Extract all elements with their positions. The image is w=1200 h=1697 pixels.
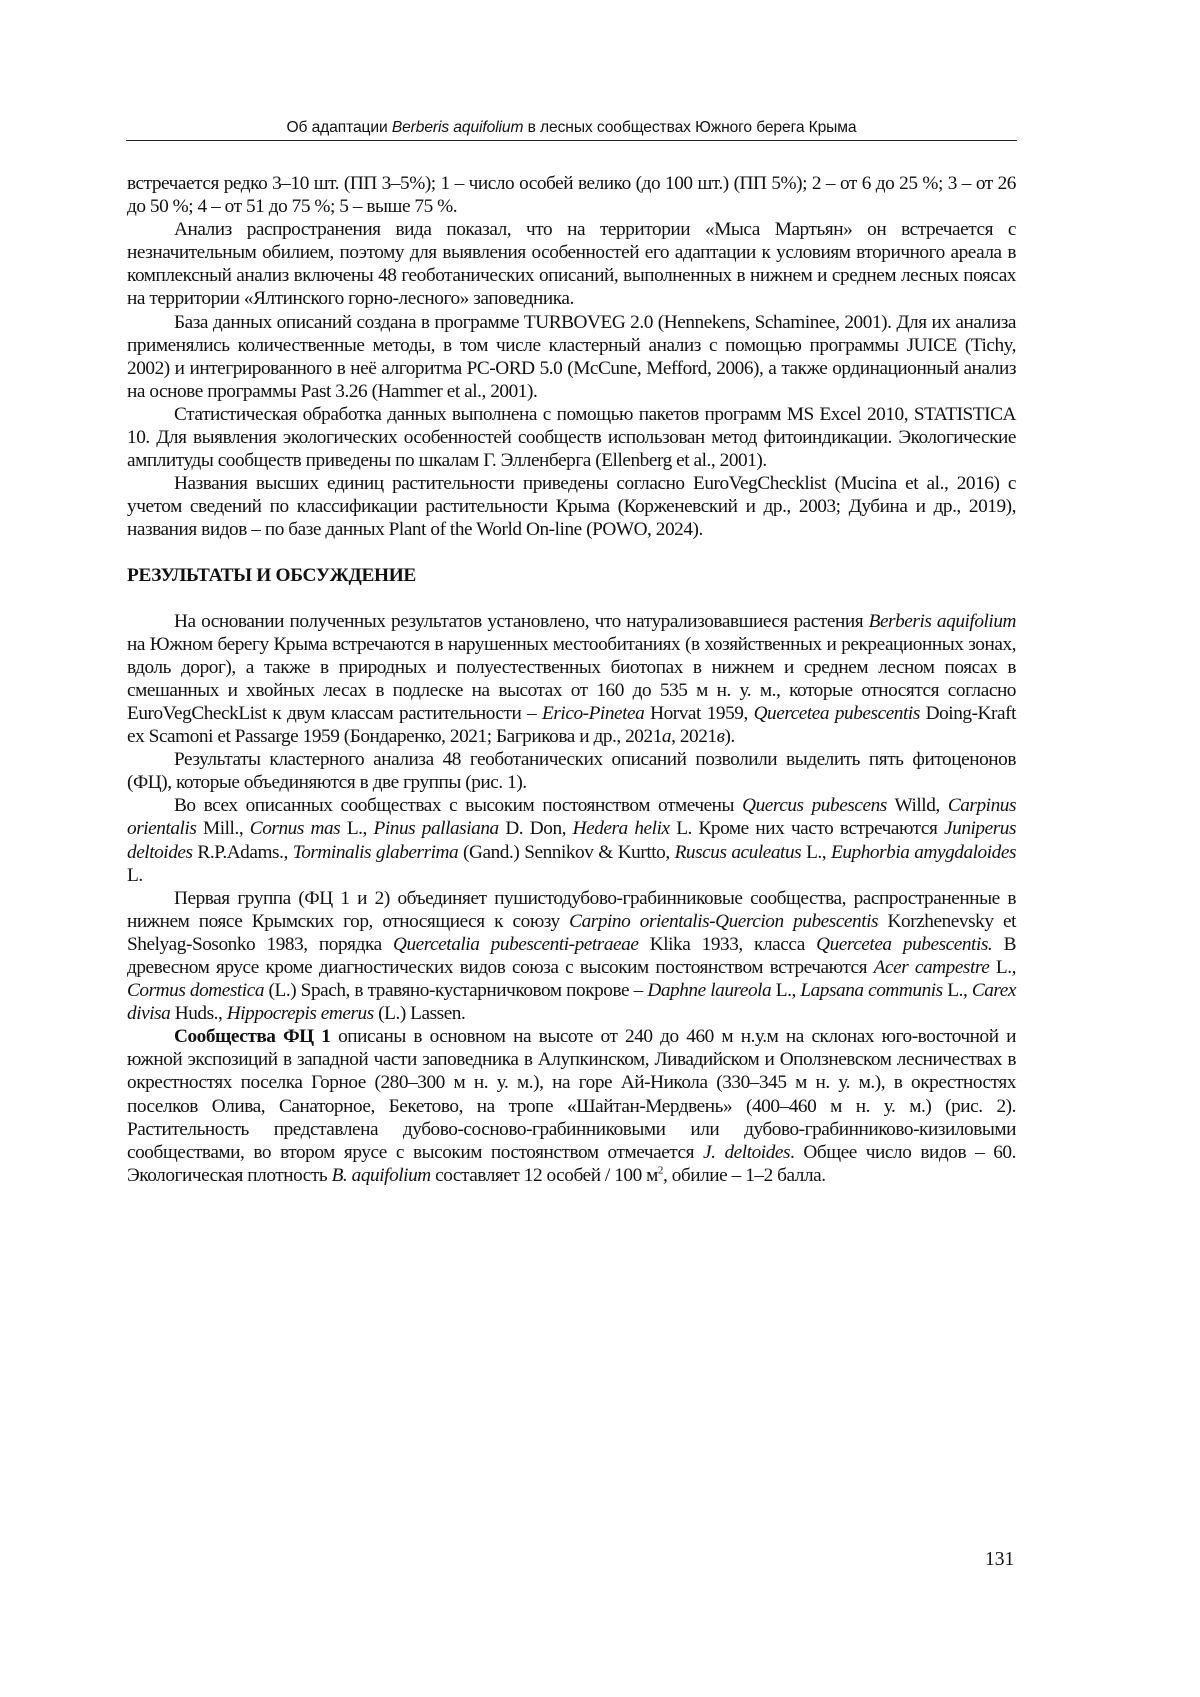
text-run: Horvat 1959, [644, 703, 753, 724]
text-run: (L.) Lassen. [374, 1003, 466, 1024]
text-run: L., [771, 980, 800, 1001]
text-run: R.P.Adams., [193, 842, 293, 863]
italic-taxon-run: Quercetea pubescentis. [816, 934, 992, 955]
italic-taxon-run: Pinus pallasiana [374, 818, 499, 839]
italic-taxon-run: Berberis aquifolium [869, 611, 1016, 632]
italic-taxon-run: Hippocrepis emerus [227, 1003, 374, 1024]
text-run: ). [725, 726, 735, 747]
section-heading-results: РЕЗУЛЬТАТЫ И ОБСУЖДЕНИЕ [127, 564, 1016, 587]
text-run: L., [801, 842, 831, 863]
paragraph-range-analysis: Анализ распространения вида показал, что… [127, 218, 1016, 310]
italic-taxon-run: Erico-Pinetea [542, 703, 644, 724]
text-run: (Gand.) Sennikov & Kurtto, [458, 842, 674, 863]
italic-taxon-run: J. deltoides [703, 1142, 790, 1163]
italic-taxon-run: Lapsana communis [800, 980, 942, 1001]
running-header: Об адаптации Berberis aquifolium в лесны… [126, 117, 1017, 141]
paragraph-results-clusters: Результаты кластерного анализа 48 геобот… [127, 748, 1016, 794]
text-run: Названия высших единиц растительности пр… [127, 473, 1016, 540]
italic-taxon-run: Torminalis glaberrima [293, 842, 459, 863]
text-run: Статистическая обработка данных выполнен… [127, 404, 1016, 471]
page-number: 131 [985, 1549, 1014, 1571]
text-run: На основании полученных результатов уста… [174, 611, 869, 632]
italic-taxon-run: в [717, 726, 725, 747]
text-run: Во всех описанных сообществах с высоким … [174, 795, 742, 816]
text-run: Willd, [887, 795, 948, 816]
italic-taxon-run: Acer campestre [874, 957, 990, 978]
paragraph-statistics: Статистическая обработка данных выполнен… [127, 403, 1016, 472]
text-run: (L.) Spach, в травяно-кустарничковом пок… [264, 980, 647, 1001]
paragraph-results-phytocenon-1: Сообщества ФЦ 1 описаны в основном на вы… [127, 1025, 1016, 1187]
text-run: Mill., [196, 818, 249, 839]
italic-taxon-run: Daphne laureola [647, 980, 771, 1001]
running-title-species: Berberis aquifolium [392, 119, 524, 136]
text-run: L. [127, 865, 143, 886]
text-run: Huds., [170, 1003, 226, 1024]
paragraph-nomenclature: Названия высших единиц растительности пр… [127, 472, 1016, 541]
text-run: , обилие – 1–2 балла. [663, 1165, 826, 1186]
paragraph-results-constant-species: Во всех описанных сообществах с высоким … [127, 794, 1016, 886]
italic-taxon-run: Euphorbia amygdaloides [831, 842, 1016, 863]
paragraph-results-first-group: Первая группа (ФЦ 1 и 2) объединяет пуши… [127, 887, 1016, 1026]
running-title-pre: Об адаптации [287, 119, 392, 136]
italic-taxon-run: Carpino orientalis-Quercion pubescentis [569, 911, 878, 932]
text-run: База данных описаний создана в программе… [127, 312, 1016, 402]
text-run: составляет 12 особей / 100 м [431, 1165, 658, 1186]
text-run: встречается редко 3–10 шт. (ПП 3–5%); 1 … [127, 173, 1016, 217]
bold-run: Сообщества ФЦ 1 [174, 1026, 331, 1047]
text-run: L., [943, 980, 972, 1001]
paragraph-results-habitats: На основании полученных результатов уста… [127, 610, 1016, 749]
paragraph-database: База данных описаний создана в программе… [127, 311, 1016, 403]
italic-taxon-run: Quercus pubescens [742, 795, 887, 816]
italic-taxon-run: Cornus mas [250, 818, 340, 839]
paragraph-continuation: встречается редко 3–10 шт. (ПП 3–5%); 1 … [127, 172, 1016, 218]
text-run: D. Don, [499, 818, 573, 839]
text-run: Результаты кластерного анализа 48 геобот… [127, 749, 1016, 793]
italic-taxon-run: Hedera helix [573, 818, 670, 839]
italic-taxon-run: а [662, 726, 671, 747]
text-run: L., [989, 957, 1016, 978]
italic-taxon-run: Quercetalia pubescenti-petraeae [393, 934, 639, 955]
text-run: Анализ распространения вида показал, что… [127, 219, 1016, 309]
italic-taxon-run: Quercetea pubescentis [754, 703, 920, 724]
text-run: , 2021 [671, 726, 717, 747]
running-title-post: в лесных сообществах Южного берега Крыма [523, 119, 856, 136]
text-run: L., [340, 818, 373, 839]
text-run: Klika 1933, класса [638, 934, 816, 955]
italic-taxon-run: B. aquifolium [332, 1165, 431, 1186]
italic-taxon-run: Ruscus aculeatus [675, 842, 802, 863]
italic-taxon-run: Cormus domestica [127, 980, 264, 1001]
article-body: встречается редко 3–10 шт. (ПП 3–5%); 1 … [127, 172, 1016, 1187]
text-run: L. Кроме них часто встречаются [670, 818, 944, 839]
